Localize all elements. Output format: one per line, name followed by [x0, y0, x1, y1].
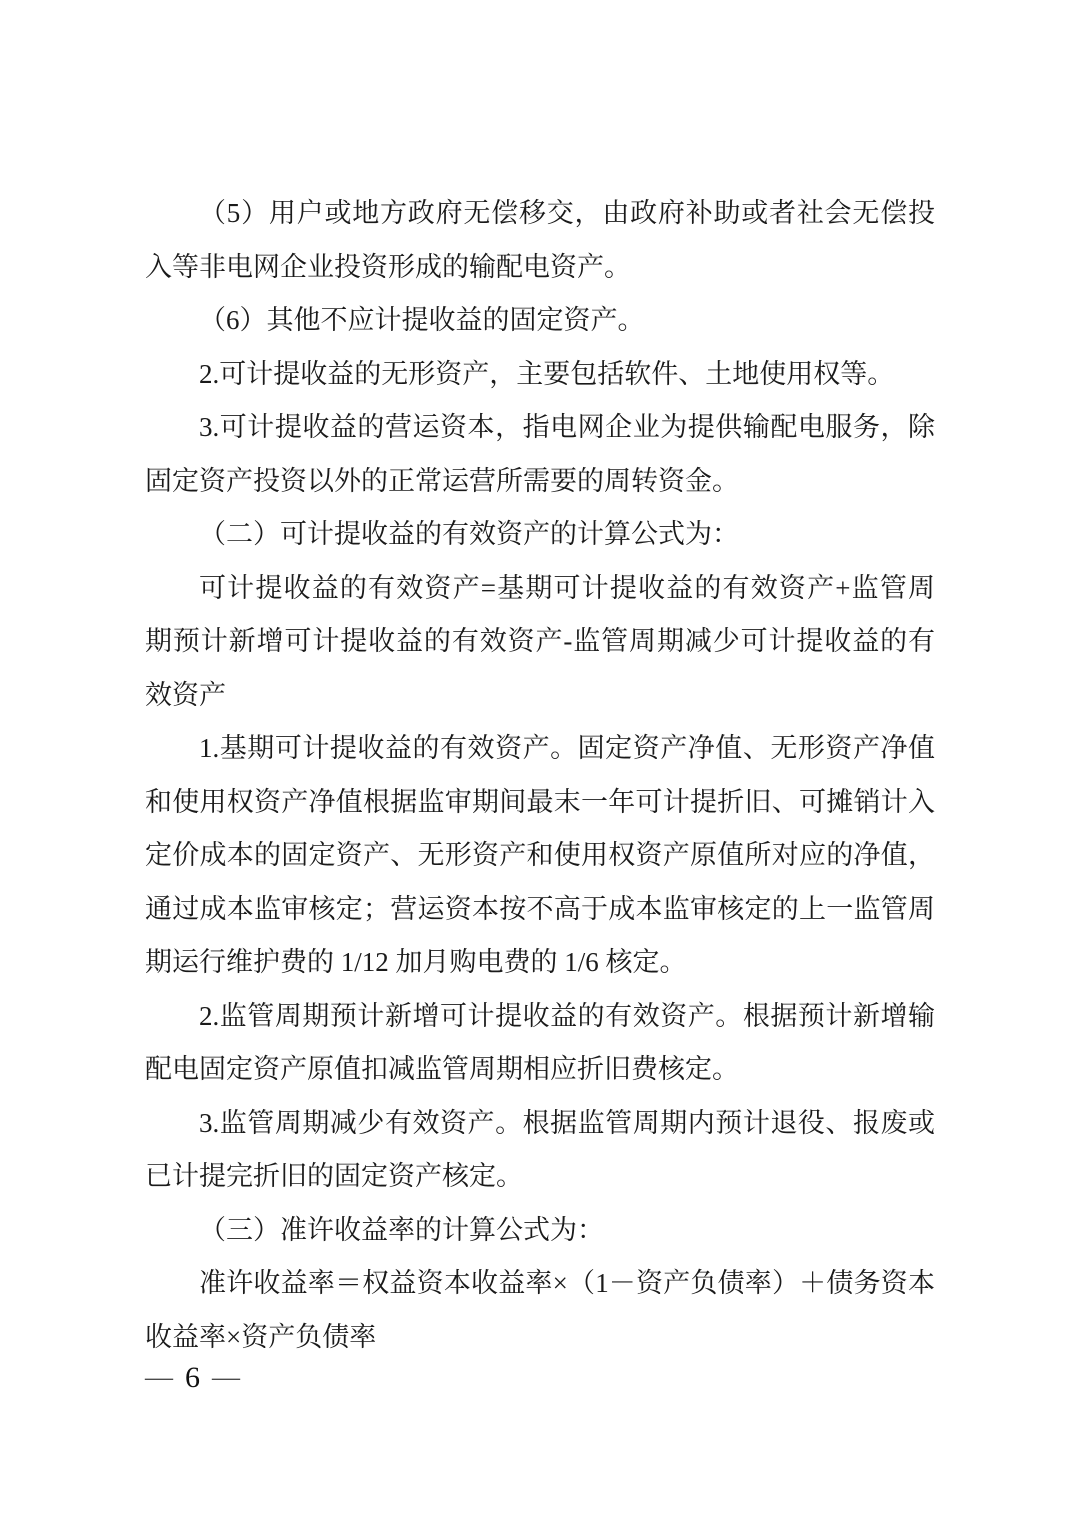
- footer-right-dash: —: [212, 1360, 240, 1396]
- text-line-14: 通过成本监审核定；营运资本按不高于成本监审核定的上一监管周: [145, 883, 935, 937]
- text-line-20: （三）准许收益率的计算公式为：: [145, 1204, 935, 1258]
- text-line-21: 准许收益率＝权益资本收益率×（1－资产负债率）＋债务资本: [145, 1257, 935, 1311]
- text-line-9: 期预计新增可计提收益的有效资产-监管周期减少可计提收益的有: [145, 615, 935, 669]
- text-line-19: 已计提完折旧的固定资产核定。: [145, 1150, 935, 1204]
- text-line-8: 可计提收益的有效资产=基期可计提收益的有效资产+监管周: [145, 562, 935, 616]
- text-line-3: （6）其他不应计提收益的固定资产。: [145, 294, 935, 348]
- text-line-1: （5）用户或地方政府无偿移交，由政府补助或者社会无偿投: [145, 187, 935, 241]
- text-line-4: 2.可计提收益的无形资产，主要包括软件、土地使用权等。: [145, 348, 935, 402]
- text-line-6: 固定资产投资以外的正常运营所需要的周转资金。: [145, 455, 935, 509]
- text-line-10: 效资产: [145, 669, 935, 723]
- footer-left-dash: —: [145, 1360, 173, 1396]
- text-line-22: 收益率×资产负债率: [145, 1311, 935, 1365]
- page-footer: — 6 —: [145, 1360, 240, 1396]
- text-line-13: 定价成本的固定资产、无形资产和使用权资产原值所对应的净值，: [145, 829, 935, 883]
- text-line-11: 1.基期可计提收益的有效资产。固定资产净值、无形资产净值: [145, 722, 935, 776]
- document-page: （5）用户或地方政府无偿移交，由政府补助或者社会无偿投 入等非电网企业投资形成的…: [0, 0, 1080, 1528]
- text-line-16: 2.监管周期预计新增可计提收益的有效资产。根据预计新增输: [145, 990, 935, 1044]
- text-line-18: 3.监管周期减少有效资产。根据监管周期内预计退役、报废或: [145, 1097, 935, 1151]
- text-line-12: 和使用权资产净值根据监审期间最末一年可计提折旧、可摊销计入: [145, 776, 935, 830]
- text-line-17: 配电固定资产原值扣减监管周期相应折旧费核定。: [145, 1043, 935, 1097]
- text-line-5: 3.可计提收益的营运资本，指电网企业为提供输配电服务，除: [145, 401, 935, 455]
- text-line-15: 期运行维护费的 1/12 加月购电费的 1/6 核定。: [145, 936, 935, 990]
- text-line-2: 入等非电网企业投资形成的输配电资产。: [145, 241, 935, 295]
- document-body: （5）用户或地方政府无偿移交，由政府补助或者社会无偿投 入等非电网企业投资形成的…: [145, 187, 935, 1364]
- page-number: 6: [185, 1360, 200, 1396]
- text-line-7: （二）可计提收益的有效资产的计算公式为：: [145, 508, 935, 562]
